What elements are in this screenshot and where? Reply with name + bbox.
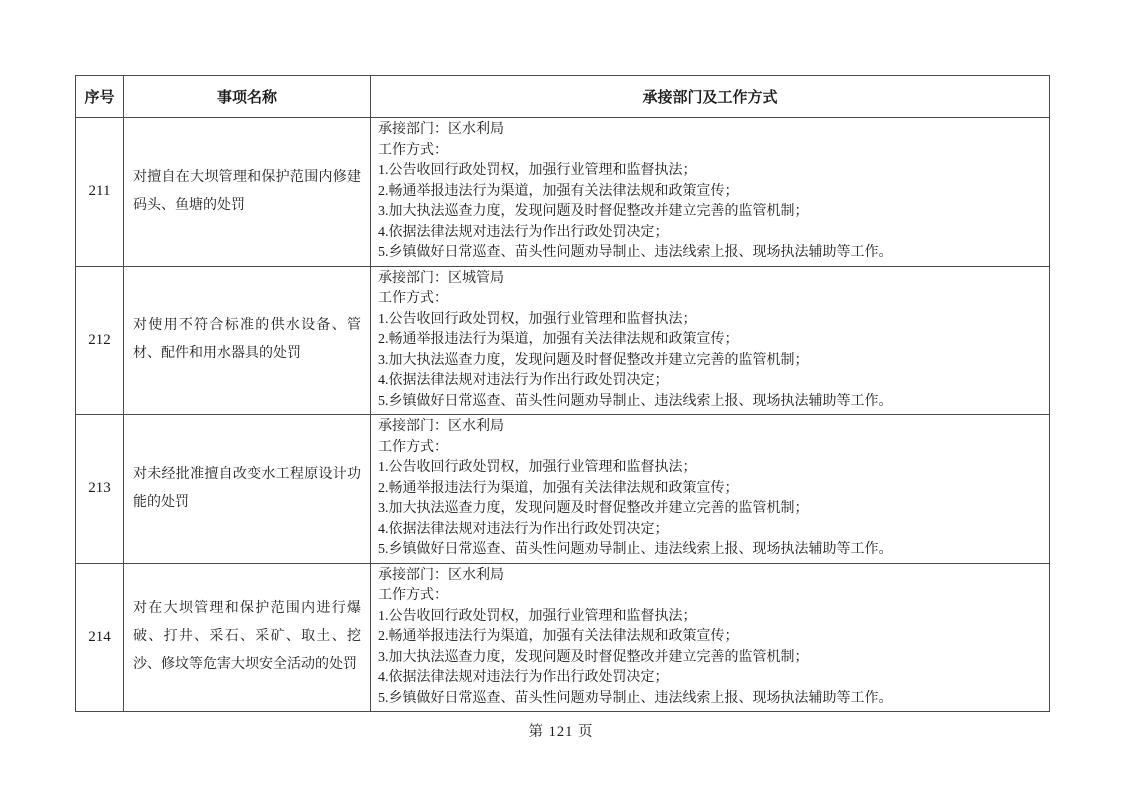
- row-department-method: 承接部门：区城管局 工作方式： 1.公告收回行政处罚权，加强行业管理和监督执法；…: [371, 266, 1050, 415]
- method-item: 1.公告收回行政处罚权，加强行业管理和监督执法；: [378, 310, 1041, 331]
- department-value: 区水利局: [448, 419, 504, 434]
- table-row: 212 对使用不符合标准的供水设备、管材、配件和用水器具的处罚 承接部门：区城管…: [76, 266, 1050, 415]
- header-department-method: 承接部门及工作方式: [371, 76, 1050, 118]
- row-item-name: 对未经批准擅自改变水工程原设计功能的处罚: [124, 415, 371, 564]
- method-item: 3.加大执法巡查力度，发现问题及时督促整改并建立完善的监管机制；: [378, 202, 1041, 223]
- department-label: 承接部门：: [378, 568, 448, 583]
- department-value: 区水利局: [448, 122, 504, 137]
- department-line: 承接部门：区水利局: [378, 417, 1041, 438]
- method-label: 工作方式：: [378, 289, 1041, 310]
- page-number: 第 121 页: [0, 720, 1122, 741]
- method-item: 4.依据法律法规对违法行为作出行政处罚决定；: [378, 520, 1041, 541]
- department-line: 承接部门：区水利局: [378, 120, 1041, 141]
- method-item: 2.畅通举报违法行为渠道，加强有关法律法规和政策宣传；: [378, 330, 1041, 351]
- row-department-method: 承接部门：区水利局 工作方式： 1.公告收回行政处罚权，加强行业管理和监督执法；…: [371, 415, 1050, 564]
- row-serial-number: 211: [76, 118, 124, 267]
- method-item: 5.乡镇做好日常巡查、苗头性问题劝导制止、违法线索上报、现场执法辅助等工作。: [378, 392, 1041, 413]
- row-item-name: 对在大坝管理和保护范围内进行爆破、打井、采石、采矿、取土、挖沙、修坟等危害大坝安…: [124, 563, 371, 712]
- matters-table: 序号 事项名称 承接部门及工作方式 211 对擅自在大坝管理和保护范围内修建码头…: [75, 75, 1050, 712]
- department-value: 区城管局: [448, 271, 504, 286]
- department-line: 承接部门：区城管局: [378, 269, 1041, 290]
- table-row: 211 对擅自在大坝管理和保护范围内修建码头、鱼塘的处罚 承接部门：区水利局 工…: [76, 118, 1050, 267]
- header-serial-number: 序号: [76, 76, 124, 118]
- row-department-method: 承接部门：区水利局 工作方式： 1.公告收回行政处罚权，加强行业管理和监督执法；…: [371, 563, 1050, 712]
- table-row: 214 对在大坝管理和保护范围内进行爆破、打井、采石、采矿、取土、挖沙、修坟等危…: [76, 563, 1050, 712]
- method-label: 工作方式：: [378, 141, 1041, 162]
- department-value: 区水利局: [448, 568, 504, 583]
- method-label: 工作方式：: [378, 438, 1041, 459]
- method-item: 3.加大执法巡查力度，发现问题及时督促整改并建立完善的监管机制；: [378, 499, 1041, 520]
- department-label: 承接部门：: [378, 122, 448, 137]
- table-row: 213 对未经批准擅自改变水工程原设计功能的处罚 承接部门：区水利局 工作方式：…: [76, 415, 1050, 564]
- method-item: 2.畅通举报违法行为渠道，加强有关法律法规和政策宣传；: [378, 182, 1041, 203]
- table-header-row: 序号 事项名称 承接部门及工作方式: [76, 76, 1050, 118]
- department-label: 承接部门：: [378, 271, 448, 286]
- method-item: 2.畅通举报违法行为渠道，加强有关法律法规和政策宣传；: [378, 627, 1041, 648]
- method-item: 1.公告收回行政处罚权，加强行业管理和监督执法；: [378, 161, 1041, 182]
- method-item: 2.畅通举报违法行为渠道，加强有关法律法规和政策宣传；: [378, 479, 1041, 500]
- method-item: 3.加大执法巡查力度，发现问题及时督促整改并建立完善的监管机制；: [378, 351, 1041, 372]
- method-item: 5.乡镇做好日常巡查、苗头性问题劝导制止、违法线索上报、现场执法辅助等工作。: [378, 689, 1041, 710]
- row-item-name: 对使用不符合标准的供水设备、管材、配件和用水器具的处罚: [124, 266, 371, 415]
- method-item: 1.公告收回行政处罚权，加强行业管理和监督执法；: [378, 458, 1041, 479]
- method-item: 1.公告收回行政处罚权，加强行业管理和监督执法；: [378, 607, 1041, 628]
- department-line: 承接部门：区水利局: [378, 566, 1041, 587]
- method-item: 5.乡镇做好日常巡查、苗头性问题劝导制止、违法线索上报、现场执法辅助等工作。: [378, 540, 1041, 561]
- department-label: 承接部门：: [378, 419, 448, 434]
- document-page: 序号 事项名称 承接部门及工作方式 211 对擅自在大坝管理和保护范围内修建码头…: [0, 0, 1122, 793]
- row-department-method: 承接部门：区水利局 工作方式： 1.公告收回行政处罚权，加强行业管理和监督执法；…: [371, 118, 1050, 267]
- row-serial-number: 212: [76, 266, 124, 415]
- method-label: 工作方式：: [378, 586, 1041, 607]
- method-item: 3.加大执法巡查力度，发现问题及时督促整改并建立完善的监管机制；: [378, 648, 1041, 669]
- header-item-name: 事项名称: [124, 76, 371, 118]
- method-item: 5.乡镇做好日常巡查、苗头性问题劝导制止、违法线索上报、现场执法辅助等工作。: [378, 243, 1041, 264]
- row-serial-number: 213: [76, 415, 124, 564]
- row-serial-number: 214: [76, 563, 124, 712]
- method-item: 4.依据法律法规对违法行为作出行政处罚决定；: [378, 668, 1041, 689]
- row-item-name: 对擅自在大坝管理和保护范围内修建码头、鱼塘的处罚: [124, 118, 371, 267]
- method-item: 4.依据法律法规对违法行为作出行政处罚决定；: [378, 223, 1041, 244]
- method-item: 4.依据法律法规对违法行为作出行政处罚决定；: [378, 371, 1041, 392]
